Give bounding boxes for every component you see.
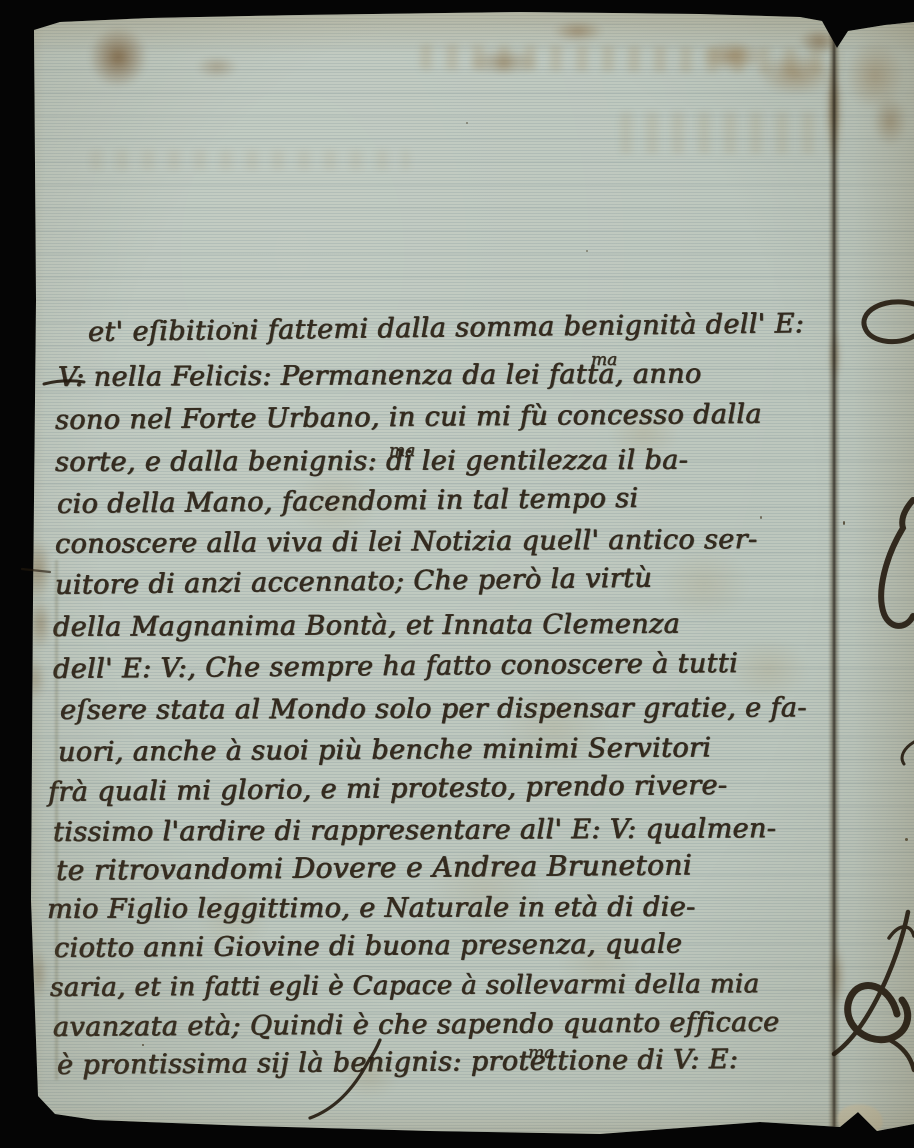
handwritten-line: uori, anche à suoi più benche minimi Ser…: [58, 734, 712, 766]
stain: [195, 55, 239, 79]
paper-crease: [55, 560, 58, 1080]
superscript-abbreviation: ma: [591, 350, 617, 370]
stain: [88, 26, 148, 88]
manuscript-photo: et' eſibitioni fattemi dalla somma benig…: [0, 0, 914, 1148]
superscript-abbreviation: ma: [528, 1043, 554, 1063]
ink-speck: [586, 250, 588, 252]
stain: [700, 40, 764, 72]
handwritten-line: è prontissima sij là benignis: protettio…: [57, 1046, 739, 1079]
stain: [872, 95, 908, 147]
ink-speck: [142, 1044, 144, 1046]
stain: [468, 48, 540, 76]
bleed-through-text: [620, 112, 840, 154]
handwritten-line: ciotto anni Giovine di buona presenza, q…: [54, 931, 682, 962]
stain: [28, 948, 48, 1000]
bleed-through-text: [90, 150, 410, 170]
stain: [728, 638, 810, 700]
superscript-abbreviation: ma: [389, 441, 415, 461]
stain: [24, 538, 52, 602]
handwritten-line: eſsere stata al Mondo solo per dispensar…: [60, 694, 807, 724]
handwritten-line: te ritrovandomi Dovere e Andrea Bruneton…: [56, 851, 692, 885]
stain: [758, 52, 834, 96]
stain: [24, 658, 46, 700]
fold-crease: [828, 10, 840, 1132]
page-corner-crumple: [836, 1101, 884, 1137]
handwritten-line: mio Figlio leggittimo, e Naturale in età…: [47, 894, 696, 923]
manuscript-sheet: et' eſibitioni fattemi dalla somma benig…: [0, 0, 914, 1148]
stain: [28, 598, 52, 650]
ink-speck: [905, 838, 908, 841]
handwritten-line: et' eſibitioni fattemi dalla somma benig…: [88, 310, 805, 346]
handwritten-line: frà quali mi glorio, e mi protesto, pren…: [48, 772, 728, 806]
handwritten-line: sorte, e dalla benignis: di lei gentilez…: [55, 447, 688, 476]
stain: [552, 20, 604, 42]
handwritten-line: saria, et in fatti egli è Capace à solle…: [50, 971, 760, 1001]
handwritten-line: della Magnanima Bontà, et Innata Clemenz…: [53, 611, 680, 641]
handwritten-line: cio della Mano, facendomi in tal tempo s…: [57, 485, 639, 518]
handwritten-line: avanzata età; Quindi è che sapendo quant…: [53, 1009, 780, 1041]
ink-speck: [466, 122, 468, 124]
ink-speck: [843, 521, 845, 525]
handwritten-line: conoscere alla viva di lei Notizia quell…: [55, 526, 758, 558]
handwritten-line: dell' E: V:, Che sempre ha fatto conosce…: [53, 650, 738, 683]
handwritten-line: tissimo l'ardire di rappresentare all' E…: [53, 815, 776, 846]
ink-speck: [760, 516, 762, 519]
handwritten-line: sono nel Forte Urbano, in cui mi fù conc…: [55, 401, 762, 434]
handwritten-line: uitore di anzi accennato; Che però la vi…: [55, 565, 652, 599]
